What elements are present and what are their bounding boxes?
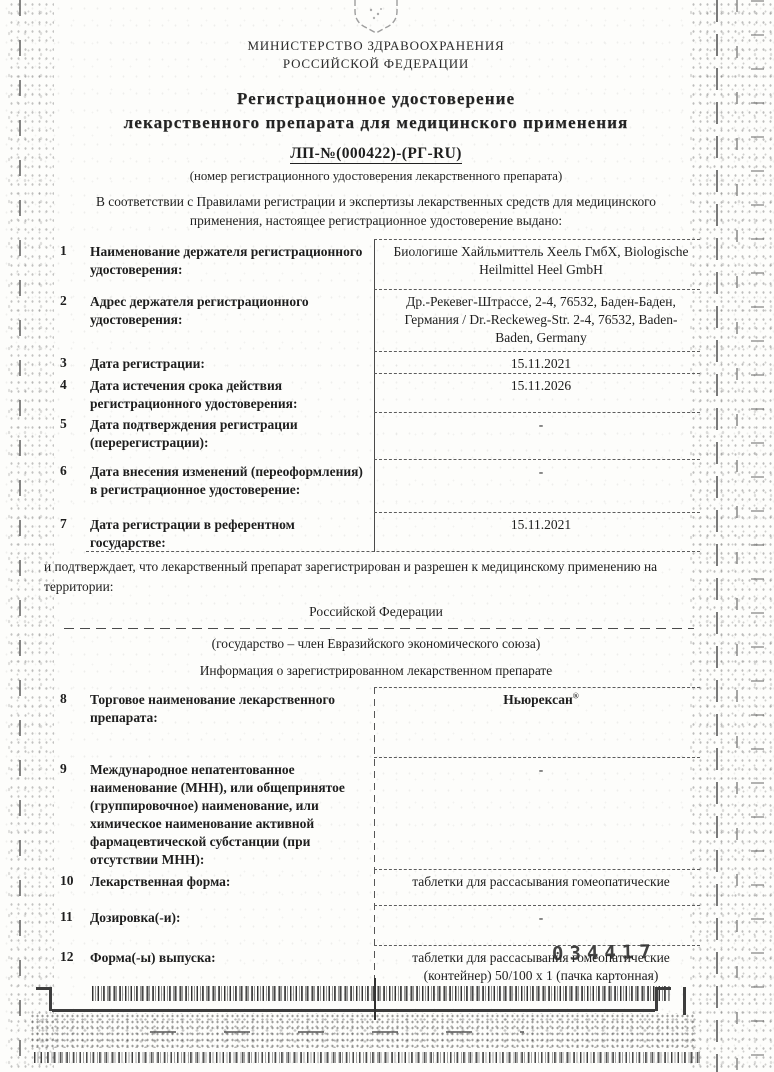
row-label: Дата регистрации: [90,351,382,373]
row-value: 15.11.2021 [382,351,700,373]
row-number: 4 [52,373,90,393]
intro-paragraph: В соответствии с Правилами регистрации и… [62,192,690,231]
ministry-name-line2: РОССИЙСКОЙ ФЕДЕРАЦИИ [52,56,700,72]
row-value: - [382,412,700,434]
coat-of-arms-emblem [52,0,700,36]
territory-name: Российской Федерации [52,604,700,620]
row-value: - [382,757,700,779]
row-label: Наименование держателя регистрационного … [90,239,382,279]
document-title-line1: Регистрационное удостоверение [52,87,700,111]
registration-number: ЛП-№(000422)-(РГ-RU) [52,145,700,163]
row-value: - [382,459,700,481]
right-scan-noise-band [690,0,774,1072]
table-row: 6 Дата внесения изменений (переоформлени… [52,459,700,512]
table-row: 10 Лекарственная форма: таблетки для рас… [52,869,700,905]
right-edge-ticks [751,0,764,1072]
row-number: 1 [52,239,90,259]
right-corner-bracket [683,987,686,1015]
serial-number-stamp: 034417 [552,941,657,965]
row-label: Форма(-ы) выпуска: [90,945,382,967]
confirmation-paragraph: и подтверждает, что лекарственный препар… [44,557,712,596]
table-row: 5 Дата подтверждения регистрации (перере… [52,412,700,459]
table-row: 2 Адрес держателя регистрационного удост… [52,289,700,351]
row-label: Адрес держателя регистрационного удостов… [90,289,382,329]
right-border-line-2 [736,0,738,1072]
row-number: 3 [52,351,90,371]
table-row: 3 Дата регистрации: 15.11.2021 [52,351,700,373]
row-label: Дата внесения изменений (переоформления)… [90,459,382,499]
row-number: 5 [52,412,90,432]
table-row: 9 Международное непатентованное наименов… [52,757,700,869]
registration-number-caption: (номер регистрационного удостоверения ле… [52,169,700,184]
document-title-line2: лекарственного препарата для медицинског… [52,111,700,135]
registration-certificate-page: МИНИСТЕРСТВО ЗДРАВООХРАНЕНИЯ РОССИЙСКОЙ … [0,0,774,1072]
row-label: Торговое наименование лекарственного пре… [90,687,382,727]
row-value: таблетки для рассасывания гомеопатически… [382,869,700,891]
right-corner-bracket [655,987,658,1011]
row-value: Др.-Рекевег-Штрассе, 2-4, 76532, Баден-Б… [382,289,700,347]
table-row: 7 Дата регистрации в референтном государ… [52,512,700,552]
bottom-frame-line [52,1009,655,1012]
left-border-line [19,0,21,1072]
row-number: 6 [52,459,90,479]
table-row: 4 Дата истечения срока действия регистра… [52,373,700,413]
row-number: 11 [52,905,90,925]
bottom-border-ticks-bottom [34,1052,702,1063]
ministry-name-line1: МИНИСТЕРСТВО ЗДРАВООХРАНЕНИЯ [52,38,700,54]
row-value: Биологише Хайльмиттель Хеель ГмбХ, Biolo… [382,239,700,279]
row-number: 10 [52,869,90,889]
info-section-heading: Информация о зарегистрированном лекарств… [52,663,700,679]
row-number: 8 [52,687,90,707]
table-row: 11 Дозировка(-и): - [52,905,700,945]
table-row: 1 Наименование держателя регистрационног… [52,239,700,289]
row-value: Ньюрексан® [382,687,700,709]
row-value: 15.11.2026 [382,373,700,395]
registered-trademark-symbol: ® [573,692,579,701]
row-number: 9 [52,757,90,777]
row-label: Дата истечения срока действия регистраци… [90,373,382,413]
row-number: 12 [52,945,90,965]
left-scan-noise-band [8,0,54,1072]
row-label: Дозировка(-и): [90,905,382,927]
row-label: Международное непатентованное наименован… [90,757,382,869]
row-value: 15.11.2021 [382,512,700,534]
left-corner-bracket [49,987,52,1011]
bottom-border-ticks-top [92,986,670,1001]
row-label: Дата регистрации в референтном государст… [90,512,382,552]
row-label: Дата подтверждения регистрации (перереги… [90,412,382,452]
right-border-line [716,0,718,1072]
row-label: Лекарственная форма: [90,869,382,891]
table-row: 8 Торговое наименование лекарственного п… [52,687,700,757]
registration-details-table: 1 Наименование держателя регистрационног… [52,239,700,553]
row-number: 7 [52,512,90,532]
row-number: 2 [52,289,90,309]
territory-caption: (государство – член Евразийского экономи… [52,636,700,652]
dashed-separator [64,628,694,629]
bottom-dash-segments [150,1031,524,1033]
trade-name: Ньюрексан [503,692,573,707]
table-divider-extension [374,978,376,1020]
row-value: - [382,905,700,927]
document-content: МИНИСТЕРСТВО ЗДРАВООХРАНЕНИЯ РОССИЙСКОЙ … [52,0,700,987]
